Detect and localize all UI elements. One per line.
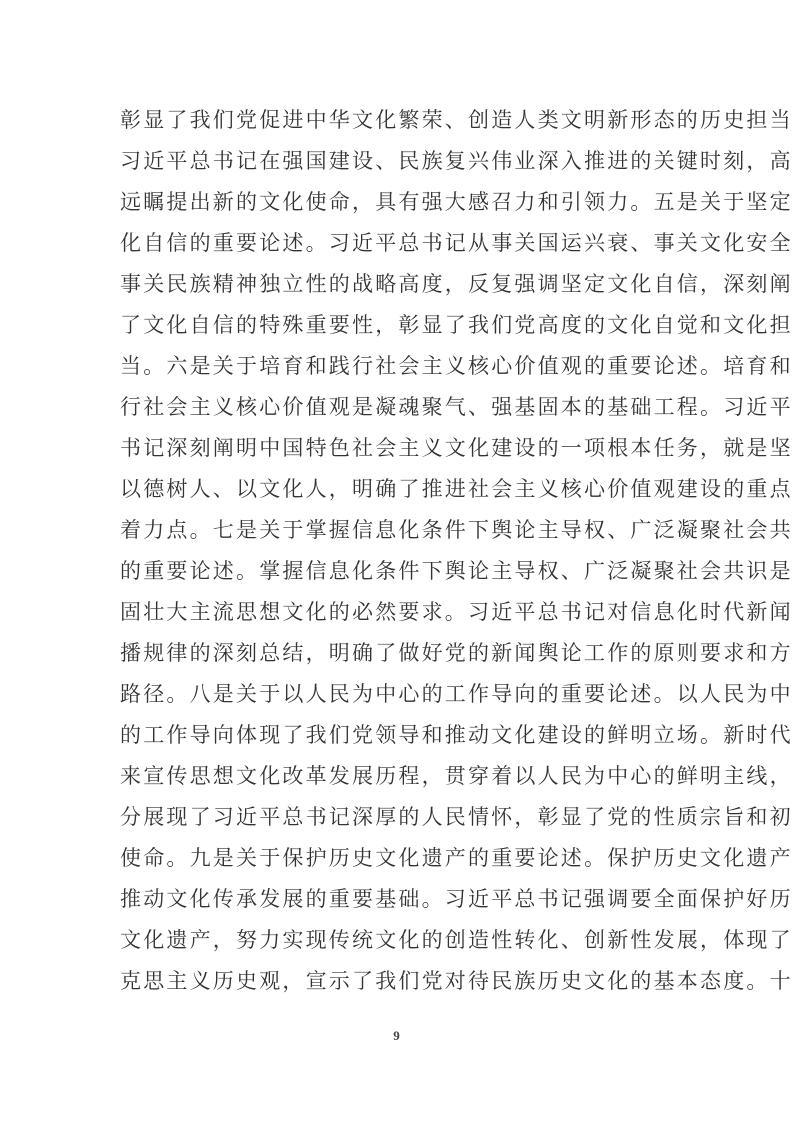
text-line: 事关民族精神独立性的战略高度，反复强调坚定文化自信，深刻阐明	[120, 267, 680, 308]
text-line: 当。六是关于培育和践行社会主义核心价值观的重要论述。培育和践	[120, 349, 680, 390]
text-line: 克思主义历史观，宣示了我们党对待民族历史文化的基本态度。十是	[120, 964, 680, 1005]
text-line: 书记深刻阐明中国特色社会主义文化建设的一项根本任务，就是坚持	[120, 431, 680, 472]
text-line: 以德树人、以文化人，明确了推进社会主义核心价值观建设的重点和	[120, 472, 680, 513]
document-page: 彰显了我们党促进中华文化繁荣、创造人类文明新形态的历史担当。 习近平总书记在强国…	[0, 0, 793, 1122]
text-line: 播规律的深刻总结，明确了做好党的新闻舆论工作的原则要求和方法	[120, 636, 680, 677]
text-line: 分展现了习近平总书记深厚的人民情怀，彰显了党的性质宗旨和初心	[120, 800, 680, 841]
text-line: 文化遗产，努力实现传统文化的创造性转化、创新性发展，体现了马	[120, 923, 680, 964]
page-number: 9	[0, 1028, 793, 1044]
text-line: 来宣传思想文化改革发展历程，贯穿着以人民为中心的鲜明主线，充	[120, 759, 680, 800]
text-line: 化自信的重要论述。习近平总书记从事关国运兴衰、事关文化安全、	[120, 226, 680, 267]
text-line: 彰显了我们党促进中华文化繁荣、创造人类文明新形态的历史担当。	[120, 103, 680, 144]
text-line: 的重要论述。掌握信息化条件下舆论主导权、广泛凝聚社会共识是巩	[120, 554, 680, 595]
body-paragraph: 彰显了我们党促进中华文化繁荣、创造人类文明新形态的历史担当。 习近平总书记在强国…	[120, 103, 680, 1005]
text-line: 远瞩提出新的文化使命，具有强大感召力和引领力。五是关于坚定文	[120, 185, 680, 226]
text-line: 路径。八是关于以人民为中心的工作导向的重要论述。以人民为中心	[120, 677, 680, 718]
text-line: 习近平总书记在强国建设、民族复兴伟业深入推进的关键时刻，高瞻	[120, 144, 680, 185]
text-line: 使命。九是关于保护历史文化遗产的重要论述。保护历史文化遗产是	[120, 841, 680, 882]
text-line: 固壮大主流思想文化的必然要求。习近平总书记对信息化时代新闻传	[120, 595, 680, 636]
text-line: 了文化自信的特殊重要性，彰显了我们党高度的文化自觉和文化担	[120, 308, 680, 349]
text-line: 的工作导向体现了我们党领导和推动文化建设的鲜明立场。新时代以	[120, 718, 680, 759]
text-line: 行社会主义核心价值观是凝魂聚气、强基固本的基础工程。习近平总	[120, 390, 680, 431]
text-line: 着力点。七是关于掌握信息化条件下舆论主导权、广泛凝聚社会共识	[120, 513, 680, 554]
text-line: 推动文化传承发展的重要基础。习近平总书记强调要全面保护好历史	[120, 882, 680, 923]
